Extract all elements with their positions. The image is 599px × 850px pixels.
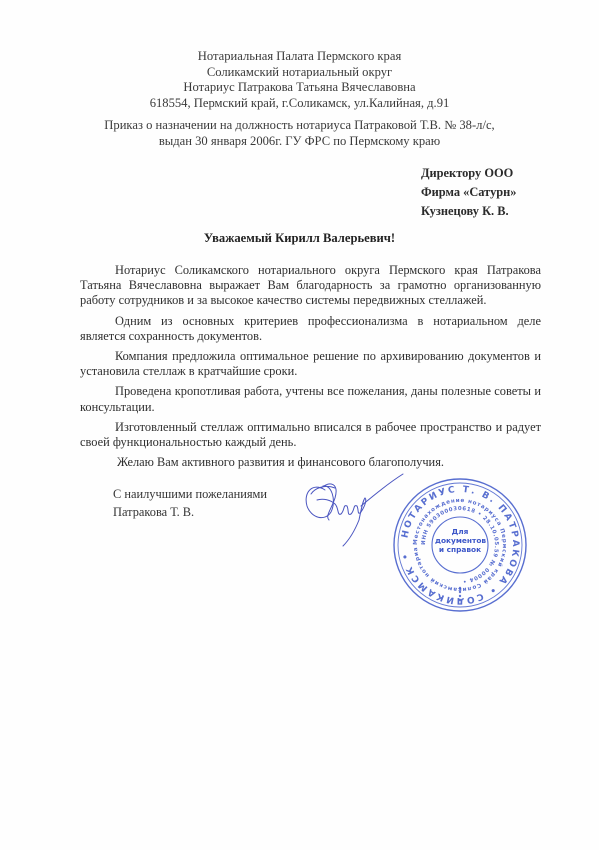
handwritten-signature-icon [295, 470, 405, 550]
appointment-order: Приказ о назначении на должность нотариу… [0, 118, 599, 149]
letterhead-chamber: Нотариальная Палата Пермского края [0, 49, 599, 65]
addressee-block: Директору ООО Фирма «Сатурн» Кузнецову К… [421, 164, 517, 221]
letterhead-notary-name: Нотариус Патракова Татьяна Вячеславовна [0, 80, 599, 96]
closing-block: С наилучшими пожеланиями Патракова Т. В. [113, 485, 267, 521]
stamp-center-line-1: Для [435, 527, 485, 536]
stamp-center-line-2: документов [435, 536, 485, 545]
letter-page: Нотариальная Палата Пермского края Солик… [0, 0, 599, 850]
closing-phrase: С наилучшими пожеланиями [113, 485, 267, 503]
letter-body: Нотариус Соликамского нотариального окру… [80, 263, 541, 475]
paragraph-solution: Компания предложила оптимальное решение … [80, 349, 541, 379]
stamp-center-line-3: и справок [435, 545, 485, 554]
order-line-2: выдан 30 января 2006г. ГУ ФРС по Пермско… [0, 134, 599, 150]
letterhead-address: 618554, Пермский край, г.Соликамск, ул.К… [0, 96, 599, 112]
addressee-company: Фирма «Сатурн» [421, 183, 517, 202]
paragraph-work: Проведена кропотливая работа, учтены все… [80, 384, 541, 414]
stamp-center-text: Для документов и справок [435, 527, 485, 554]
order-line-1: Приказ о назначении на должность нотариу… [0, 118, 599, 134]
paragraph-result: Изготовленный стеллаж оптимально вписалс… [80, 420, 541, 450]
salutation: Уважаемый Кирилл Валерьевич! [0, 231, 599, 246]
addressee-position: Директору ООО [421, 164, 517, 183]
addressee-name: Кузнецову К. В. [421, 202, 517, 221]
paragraph-criteria: Одним из основных критериев профессионал… [80, 314, 541, 344]
closing-signer: Патракова Т. В. [113, 503, 267, 521]
paragraph-gratitude: Нотариус Соликамского нотариального окру… [80, 263, 541, 309]
paragraph-wishes: Желаю Вам активного развития и финансово… [80, 455, 541, 470]
notary-letterhead: Нотариальная Палата Пермского края Солик… [0, 49, 599, 111]
letterhead-district: Соликамский нотариальный округ [0, 65, 599, 81]
